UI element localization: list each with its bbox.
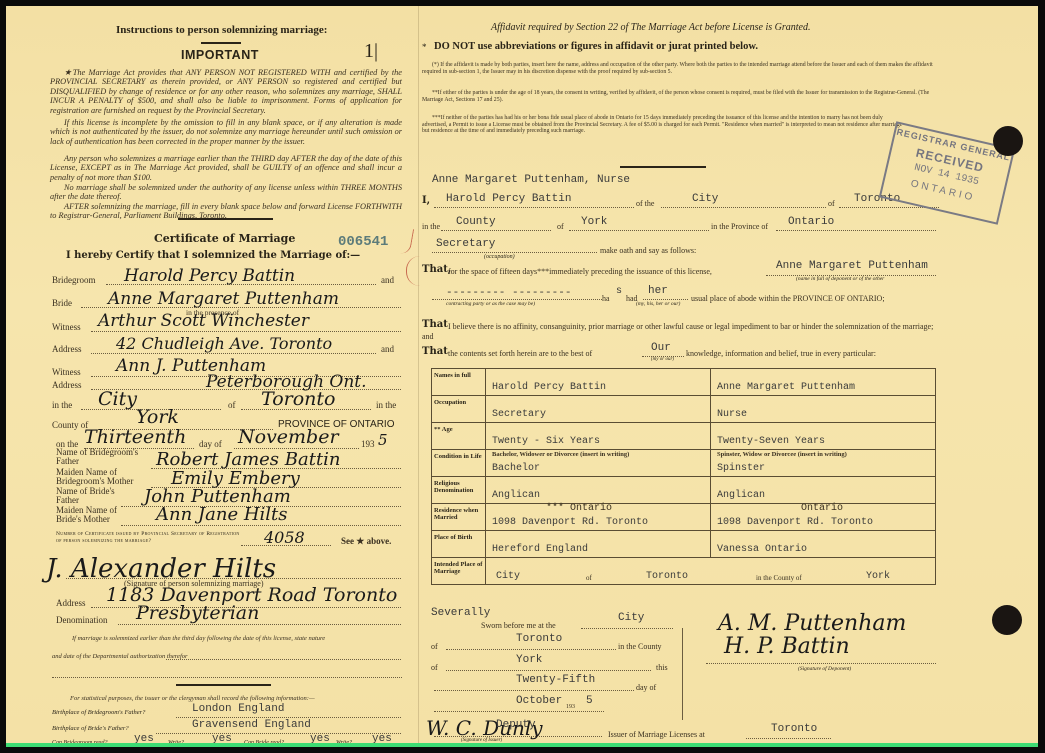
groom-condition: Bachelor xyxy=(492,463,540,474)
deponent-signature-bride: A. M. Puttenham xyxy=(718,611,906,636)
groom-mother-label: Maiden Name of Bridegroom's Mother xyxy=(56,468,156,486)
pronoun-caption: (my, his, her or our) xyxy=(636,301,680,307)
abode-text: usual place of abode within the PROVINCE… xyxy=(691,294,885,303)
issuer-text: Issuer of Marriage Licenses at xyxy=(608,730,705,739)
affidavit-warning: DO NOT use abbreviations or figures in a… xyxy=(434,41,758,52)
bottom-edge xyxy=(6,743,1038,747)
affidavit-note-2: **If either of the parties is under the … xyxy=(422,90,942,103)
field-line xyxy=(121,525,401,526)
county-type: County xyxy=(456,216,496,228)
field-line xyxy=(156,733,401,734)
row-header: ** Age xyxy=(432,423,486,450)
residence-name: Anne Margaret Puttenham xyxy=(776,260,928,272)
bride-value: Anne Margaret Puttenham xyxy=(711,369,936,396)
municipality-type: City xyxy=(692,193,718,205)
bride-value: Anglican xyxy=(711,477,936,504)
address2-label: Address xyxy=(52,380,82,390)
s-mark: s xyxy=(616,286,622,297)
in-county-label: in the County xyxy=(618,642,662,651)
red-pencil-mark xyxy=(398,227,414,255)
officiant-address-label: Address xyxy=(56,598,86,608)
of-the-label: of the xyxy=(636,199,654,208)
instruction-paragraph-2: If this license is incomplete by the omi… xyxy=(50,118,402,146)
marriage-license-document: Instructions to person solemnizing marri… xyxy=(6,6,1038,747)
row-header: Place of Birth xyxy=(432,531,486,558)
signature-line xyxy=(706,663,936,664)
bride-father-label: Name of Bride's Father xyxy=(56,487,131,505)
instruction-paragraph-4: No marriage shall be solemnized under th… xyxy=(50,183,402,202)
field-line xyxy=(91,353,376,354)
witness2-label: Witness xyxy=(52,367,81,377)
denomination-value: Presbyterian xyxy=(136,602,259,624)
groom-value: Secretary xyxy=(486,396,711,423)
ha-label: ha xyxy=(602,294,610,303)
field-line xyxy=(434,690,634,691)
table-row: Condition in Life Bachelor, Widower or D… xyxy=(432,450,936,477)
year-prefix: 193 xyxy=(361,439,375,449)
field-line xyxy=(432,299,602,300)
groom-father-birthplace-label: Birthplace of Bridegroom's Father? xyxy=(52,709,145,716)
sworn-label: Sworn before me at the xyxy=(481,621,556,630)
certificate-number: 006541 xyxy=(338,234,388,250)
instructions-title: Instructions to person solemnizing marri… xyxy=(116,24,327,36)
this-label: this xyxy=(656,663,668,672)
groom-hint: Bachelor, Widower or Divorcee (insert in… xyxy=(492,451,629,458)
deponent-occupation: Secretary xyxy=(436,238,495,250)
residence-name-continued: --------- --------- xyxy=(446,287,571,299)
table-row: Residence when Married *** Ontario1098 D… xyxy=(432,504,936,531)
early-marriage-note: If marriage is solemnized earlier than t… xyxy=(72,635,325,642)
municipality-name: Toronto xyxy=(261,388,335,410)
page-fold xyxy=(418,6,419,747)
divider xyxy=(201,42,241,44)
that-text-2: I believe there is no affinity, consangu… xyxy=(422,322,938,342)
field-line xyxy=(776,230,936,231)
that-lead: That, xyxy=(422,264,451,275)
groom-father-name: Robert James Battin xyxy=(156,449,341,470)
punch-hole xyxy=(992,605,1022,635)
bride-province: Ontario xyxy=(801,503,843,514)
table-row: Occupation Secretary Nurse xyxy=(432,396,936,423)
in-the-label: in the xyxy=(376,400,396,410)
bride-mother-label: Maiden Name of Bride's Mother xyxy=(56,506,141,524)
denomination-label: Denomination xyxy=(56,615,108,625)
groom-value: Bachelor, Widower or Divorcee (insert in… xyxy=(486,450,711,477)
affidavit-note-1: (*) If the affidavit is made by both par… xyxy=(422,62,942,75)
bride-value: Nurse xyxy=(711,396,936,423)
reg-number-label: Number of Certificate issued by Provinci… xyxy=(56,531,246,544)
field-line xyxy=(432,252,597,253)
in-the-label: in the xyxy=(422,222,440,231)
severally-label: Severally xyxy=(431,607,490,619)
see-above-note: See ★ above. xyxy=(341,536,391,547)
jurat-place-type: City xyxy=(618,612,644,624)
witness1-name: Arthur Scott Winchester xyxy=(98,311,309,331)
jurat-city: Toronto xyxy=(516,633,562,645)
jurat-day: Twenty-Fifth xyxy=(516,674,595,686)
field-line xyxy=(661,207,826,208)
pronoun: her xyxy=(648,285,668,297)
bride-residence: 1098 Davenport Rd. Toronto xyxy=(717,517,873,528)
field-line xyxy=(434,711,604,712)
of-label: of xyxy=(557,222,564,231)
intended-place: City of Toronto in the County of York xyxy=(486,558,936,585)
bride-hint: Spinster, Widow or Divorcee (insert in w… xyxy=(717,451,847,458)
field-line xyxy=(118,624,401,625)
our-value: Our xyxy=(651,342,671,354)
that-text-3: the contents set forth herein are to the… xyxy=(448,349,592,358)
bullet-mark: * xyxy=(422,42,427,52)
table-row: Intended Place of Marriage City of Toron… xyxy=(432,558,936,585)
county-name: York xyxy=(136,406,179,428)
bride-value: Twenty-Seven Years xyxy=(711,423,936,450)
issuer-city: Toronto xyxy=(771,723,817,735)
deponent-signature-groom: H. P. Battin xyxy=(724,634,850,659)
field-line xyxy=(441,230,551,231)
groom-value: *** Ontario1098 Davenport Rd. Toronto xyxy=(486,504,711,531)
issuer-title: Deputy xyxy=(496,719,536,731)
important-heading: IMPORTANT xyxy=(181,48,259,62)
affidavit-note-3: ***If neither of the parties has had his… xyxy=(422,115,907,135)
bride-value: Ontario1098 Davenport Rd. Toronto xyxy=(711,504,936,531)
bridegroom-label: Bridegroom xyxy=(52,275,96,285)
year-prefix: 193 xyxy=(566,704,575,710)
marriage-details-table: Names in full Harold Percy Battin Anne M… xyxy=(431,368,936,585)
marriage-day: Thirteenth xyxy=(84,426,186,448)
bride-value: Vanessa Ontario xyxy=(711,531,936,558)
table-row: Place of Birth Hereford England Vanessa … xyxy=(432,531,936,558)
of-label: of xyxy=(431,642,438,651)
bride-name: Anne Margaret Puttenham xyxy=(108,289,339,309)
table-row: ** Age Twenty - Six Years Twenty-Seven Y… xyxy=(432,423,936,450)
county-label: County of xyxy=(52,420,88,430)
bride-father-birthplace-label: Birthplace of Bride's Father? xyxy=(52,725,129,732)
of-label: of xyxy=(228,400,236,410)
that-lead: That xyxy=(422,346,448,357)
row-header: Occupation xyxy=(432,396,486,423)
row-header: Intended Place of Marriage xyxy=(432,558,486,585)
field-line xyxy=(52,677,402,678)
bride-mother-name: Ann Jane Hilts xyxy=(156,504,288,525)
signature-line xyxy=(434,736,602,737)
row-header: Names in full xyxy=(432,369,486,396)
residence-name-caption: (name in full of deponent or of the othe… xyxy=(796,276,884,282)
field-line xyxy=(446,670,651,671)
municipality-type: City xyxy=(98,388,137,410)
groom-residence: 1098 Davenport Rd. Toronto xyxy=(492,517,648,528)
row-header: Residence when Married xyxy=(432,504,486,531)
row-header: Religious Denomination xyxy=(432,477,486,504)
that-text-1: for the space of fifteen days***immediat… xyxy=(448,267,712,276)
groom-value: Hereford England xyxy=(486,531,711,558)
instruction-paragraph-1: ★The Marriage Act provides that ANY PERS… xyxy=(50,68,402,115)
of-label: of xyxy=(431,663,438,672)
county-label: in the County of xyxy=(756,574,802,582)
divider xyxy=(176,684,271,686)
bride-value: Spinster, Widow or Divorcee (insert in w… xyxy=(711,450,936,477)
marriage-month: November xyxy=(238,426,339,448)
jurat-county: York xyxy=(516,654,542,666)
and-label: and xyxy=(381,344,394,354)
groom-value: Anglican xyxy=(486,477,711,504)
and-label: and xyxy=(381,275,394,285)
i-label: I, xyxy=(422,195,430,206)
our-caption: (my or our) xyxy=(651,357,674,362)
reg-number: 4058 xyxy=(264,528,305,547)
jurat-month: October xyxy=(516,695,562,707)
bride-father-birthplace: Gravensend England xyxy=(192,719,311,731)
province-name: Ontario xyxy=(788,216,834,228)
divider xyxy=(620,166,706,168)
bridegroom-name: Harold Percy Battin xyxy=(124,266,295,286)
in-the-label: in the xyxy=(52,400,72,410)
groom-value: Twenty - Six Years xyxy=(486,423,711,450)
year-suffix: 5 xyxy=(378,431,388,449)
field-line xyxy=(91,331,401,332)
day-of-label: day of xyxy=(636,683,656,692)
intended-city-type: City xyxy=(496,571,520,582)
groom-father-birthplace: London England xyxy=(192,703,284,715)
address1-label: Address xyxy=(52,344,82,354)
deponent-signature-caption: (Signature of Deponent) xyxy=(798,666,851,672)
residence-caption: contracting party or as the case may be) xyxy=(446,301,535,307)
field-line xyxy=(569,230,709,231)
witness1-address: 42 Chudleigh Ave. Toronto xyxy=(116,334,332,353)
field-line xyxy=(434,207,634,208)
of-label: of xyxy=(586,574,592,582)
divider xyxy=(178,218,273,220)
certificate-title: Certificate of Marriage xyxy=(154,232,295,245)
groom-province: *** Ontario xyxy=(546,503,612,514)
margin-mark: 1| xyxy=(364,40,378,63)
county-name: York xyxy=(581,216,607,228)
year-suffix: 5 xyxy=(586,695,593,707)
table-row: Religious Denomination Anglican Anglican xyxy=(432,477,936,504)
field-line xyxy=(581,628,673,629)
groom-father-label: Name of Bridegroom's Father xyxy=(56,448,151,466)
field-line xyxy=(643,299,688,300)
day-of-label: day of xyxy=(199,439,222,449)
occupation-caption: (occupation) xyxy=(484,254,515,260)
groom-value: Harold Percy Battin xyxy=(486,369,711,396)
red-pencil-mark xyxy=(406,256,420,286)
that-text-3-end: knowledge, information and belief, true … xyxy=(686,349,876,358)
punch-hole xyxy=(993,126,1023,156)
intended-county: York xyxy=(866,571,890,582)
certify-statement: I hereby Certify that I solemnized the M… xyxy=(66,250,360,261)
field-line xyxy=(176,717,401,718)
statistical-intro: For statistical purposes, the issuer or … xyxy=(70,695,315,702)
affidavit-title: Affidavit required by Section 22 of The … xyxy=(491,22,810,33)
table-row: Names in full Harold Percy Battin Anne M… xyxy=(432,369,936,396)
field-line xyxy=(166,659,401,660)
oath-text: make oath and say as follows: xyxy=(600,246,696,255)
bride-label: Bride xyxy=(52,298,72,308)
field-line xyxy=(446,649,616,650)
intended-city: Toronto xyxy=(646,571,688,582)
jurat-bracket xyxy=(682,628,683,720)
province-label: in the Province of xyxy=(711,222,768,231)
other-party: Anne Margaret Puttenham, Nurse xyxy=(432,174,630,186)
instruction-paragraph-3: Any person who solemnizes a marriage ear… xyxy=(50,154,402,182)
bride-condition: Spinster xyxy=(717,463,765,474)
row-header: Condition in Life xyxy=(432,450,486,477)
of-label: of xyxy=(828,199,835,208)
deponent-name: Harold Percy Battin xyxy=(446,193,571,205)
witness1-label: Witness xyxy=(52,322,81,332)
field-line xyxy=(746,738,831,739)
